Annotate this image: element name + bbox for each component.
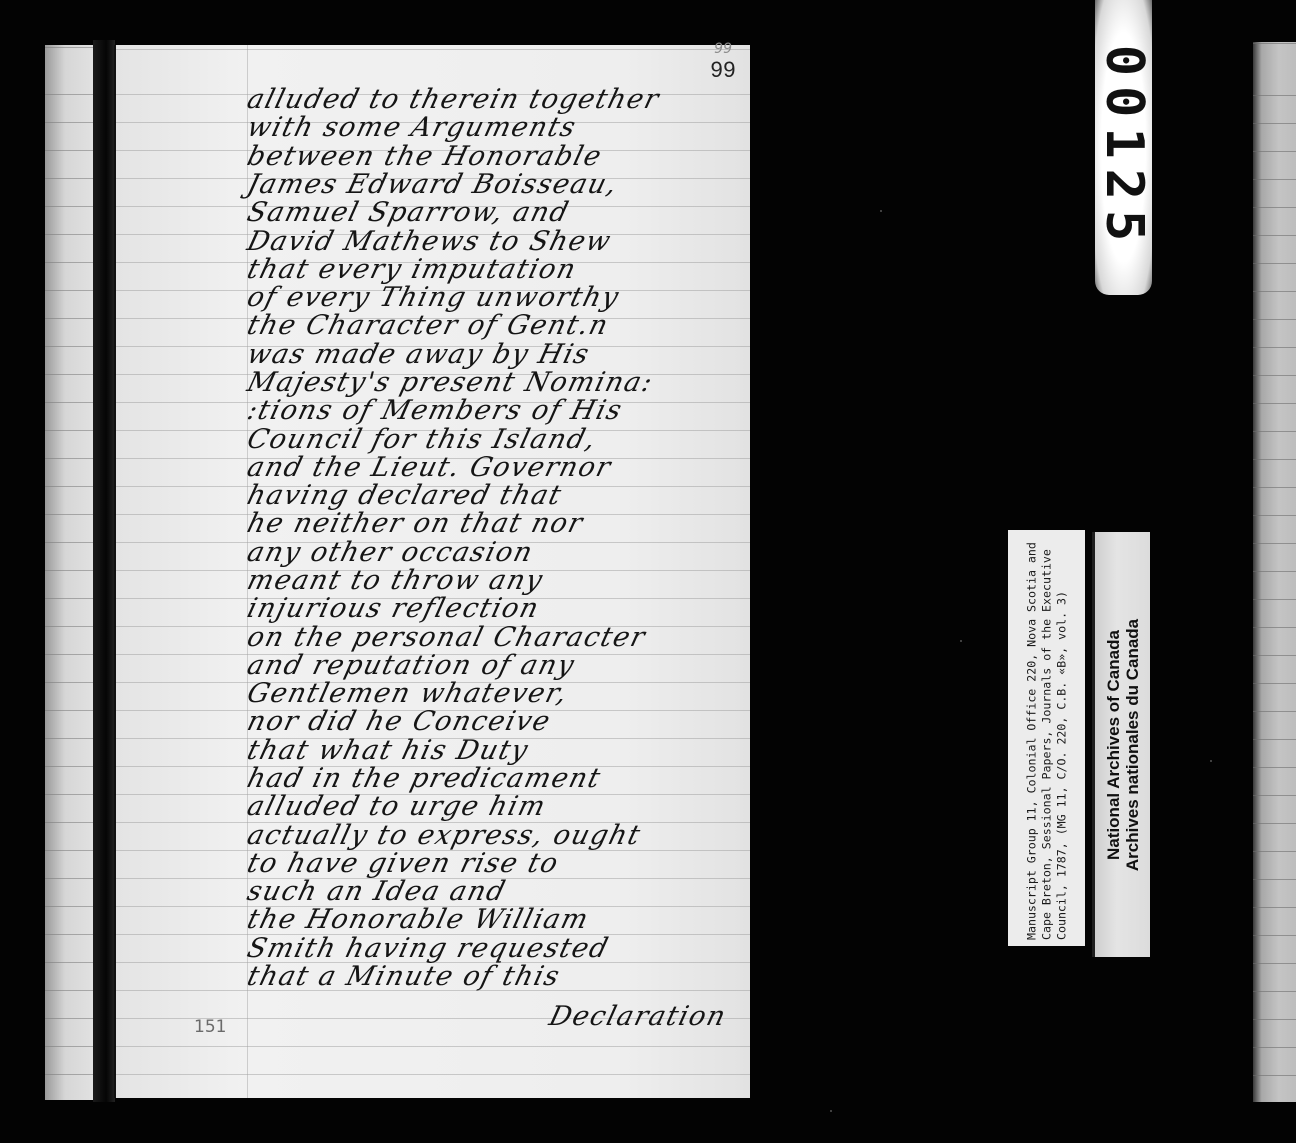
handwritten-line: the Character of Gent.n	[244, 311, 741, 341]
national-archives-label: National Archives of Canada Archives nat…	[1092, 532, 1150, 957]
handwritten-line: between the Honorable	[244, 142, 741, 172]
film-speck	[880, 210, 882, 212]
handwritten-line: :tions of Members of His	[244, 396, 741, 426]
handwritten-line: of every Thing unworthy	[244, 283, 741, 313]
handwritten-line: and reputation of any	[244, 651, 741, 681]
handwritten-line: Council for this Island,	[244, 425, 741, 455]
handwritten-line: on the personal Character	[244, 623, 741, 653]
reference-line: Council, 1787, (MG 11, C/O. 220, C.B. «B…	[1054, 536, 1069, 940]
handwritten-line: meant to throw any	[244, 566, 741, 596]
handwritten-line: actually to express, ought	[244, 821, 741, 851]
archives-name-english: National Archives of Canada	[1104, 545, 1123, 945]
handwritten-line: injurious reflection	[244, 594, 741, 624]
archival-reference-label: Manuscript Group 11, Colonial Office 220…	[1008, 530, 1085, 946]
film-speck	[830, 1110, 832, 1112]
reference-line: Manuscript Group 11, Colonial Office 220…	[1024, 536, 1039, 940]
handwritten-line: and the Lieut. Governor	[244, 453, 741, 483]
handwritten-text-block: alluded to therein together with some Ar…	[116, 45, 750, 1098]
margin-pencil-note: 151	[194, 1017, 226, 1037]
handwritten-line: nor did he Conceive	[244, 707, 741, 737]
handwritten-line: had in the predicament	[244, 764, 741, 794]
frame-number: 00125	[1094, 44, 1154, 251]
handwritten-line: David Mathews to Shew	[244, 227, 741, 257]
film-frame-counter: 00125	[1095, 0, 1152, 295]
archives-name-french: Archives nationales du Canada	[1123, 545, 1142, 945]
catchword: Declaration	[546, 1002, 730, 1032]
handwritten-line: the Honorable William	[244, 905, 741, 935]
archives-name: National Archives of Canada Archives nat…	[1104, 545, 1142, 945]
book-binding-gutter	[93, 40, 115, 1102]
handwritten-line: Majesty's present Nomina:	[244, 368, 741, 398]
handwritten-line: alluded to therein together	[244, 85, 741, 115]
handwritten-line: was made away by His	[244, 340, 741, 370]
reference-text: Manuscript Group 11, Colonial Office 220…	[1024, 536, 1069, 940]
film-speck	[960, 640, 962, 642]
handwritten-line: that every imputation	[244, 255, 741, 285]
handwritten-line: any other occasion	[244, 538, 741, 568]
journal-page: 99 99 alluded to therein together with s…	[114, 45, 750, 1098]
handwritten-line: James Edward Boisseau,	[244, 170, 741, 200]
handwritten-line: he neither on that nor	[244, 509, 741, 539]
next-page-edge	[1253, 42, 1296, 1102]
film-speck	[1210, 760, 1212, 762]
handwritten-line: Gentlemen whatever,	[244, 679, 741, 709]
handwritten-line: that a Minute of this	[244, 962, 741, 992]
handwritten-line: with some Arguments	[244, 113, 741, 143]
reference-line: Cape Breton, Sessional Papers, Journals …	[1039, 536, 1054, 940]
handwritten-line: Smith having requested	[244, 934, 741, 964]
previous-page-edge	[45, 45, 95, 1100]
handwritten-line: such an Idea and	[244, 877, 741, 907]
handwritten-line: alluded to urge him	[244, 792, 741, 822]
handwritten-line: having declared that	[244, 481, 741, 511]
handwritten-line: to have given rise to	[244, 849, 741, 879]
handwritten-line: that what his Duty	[244, 736, 741, 766]
handwritten-line: Samuel Sparrow, and	[244, 198, 741, 228]
